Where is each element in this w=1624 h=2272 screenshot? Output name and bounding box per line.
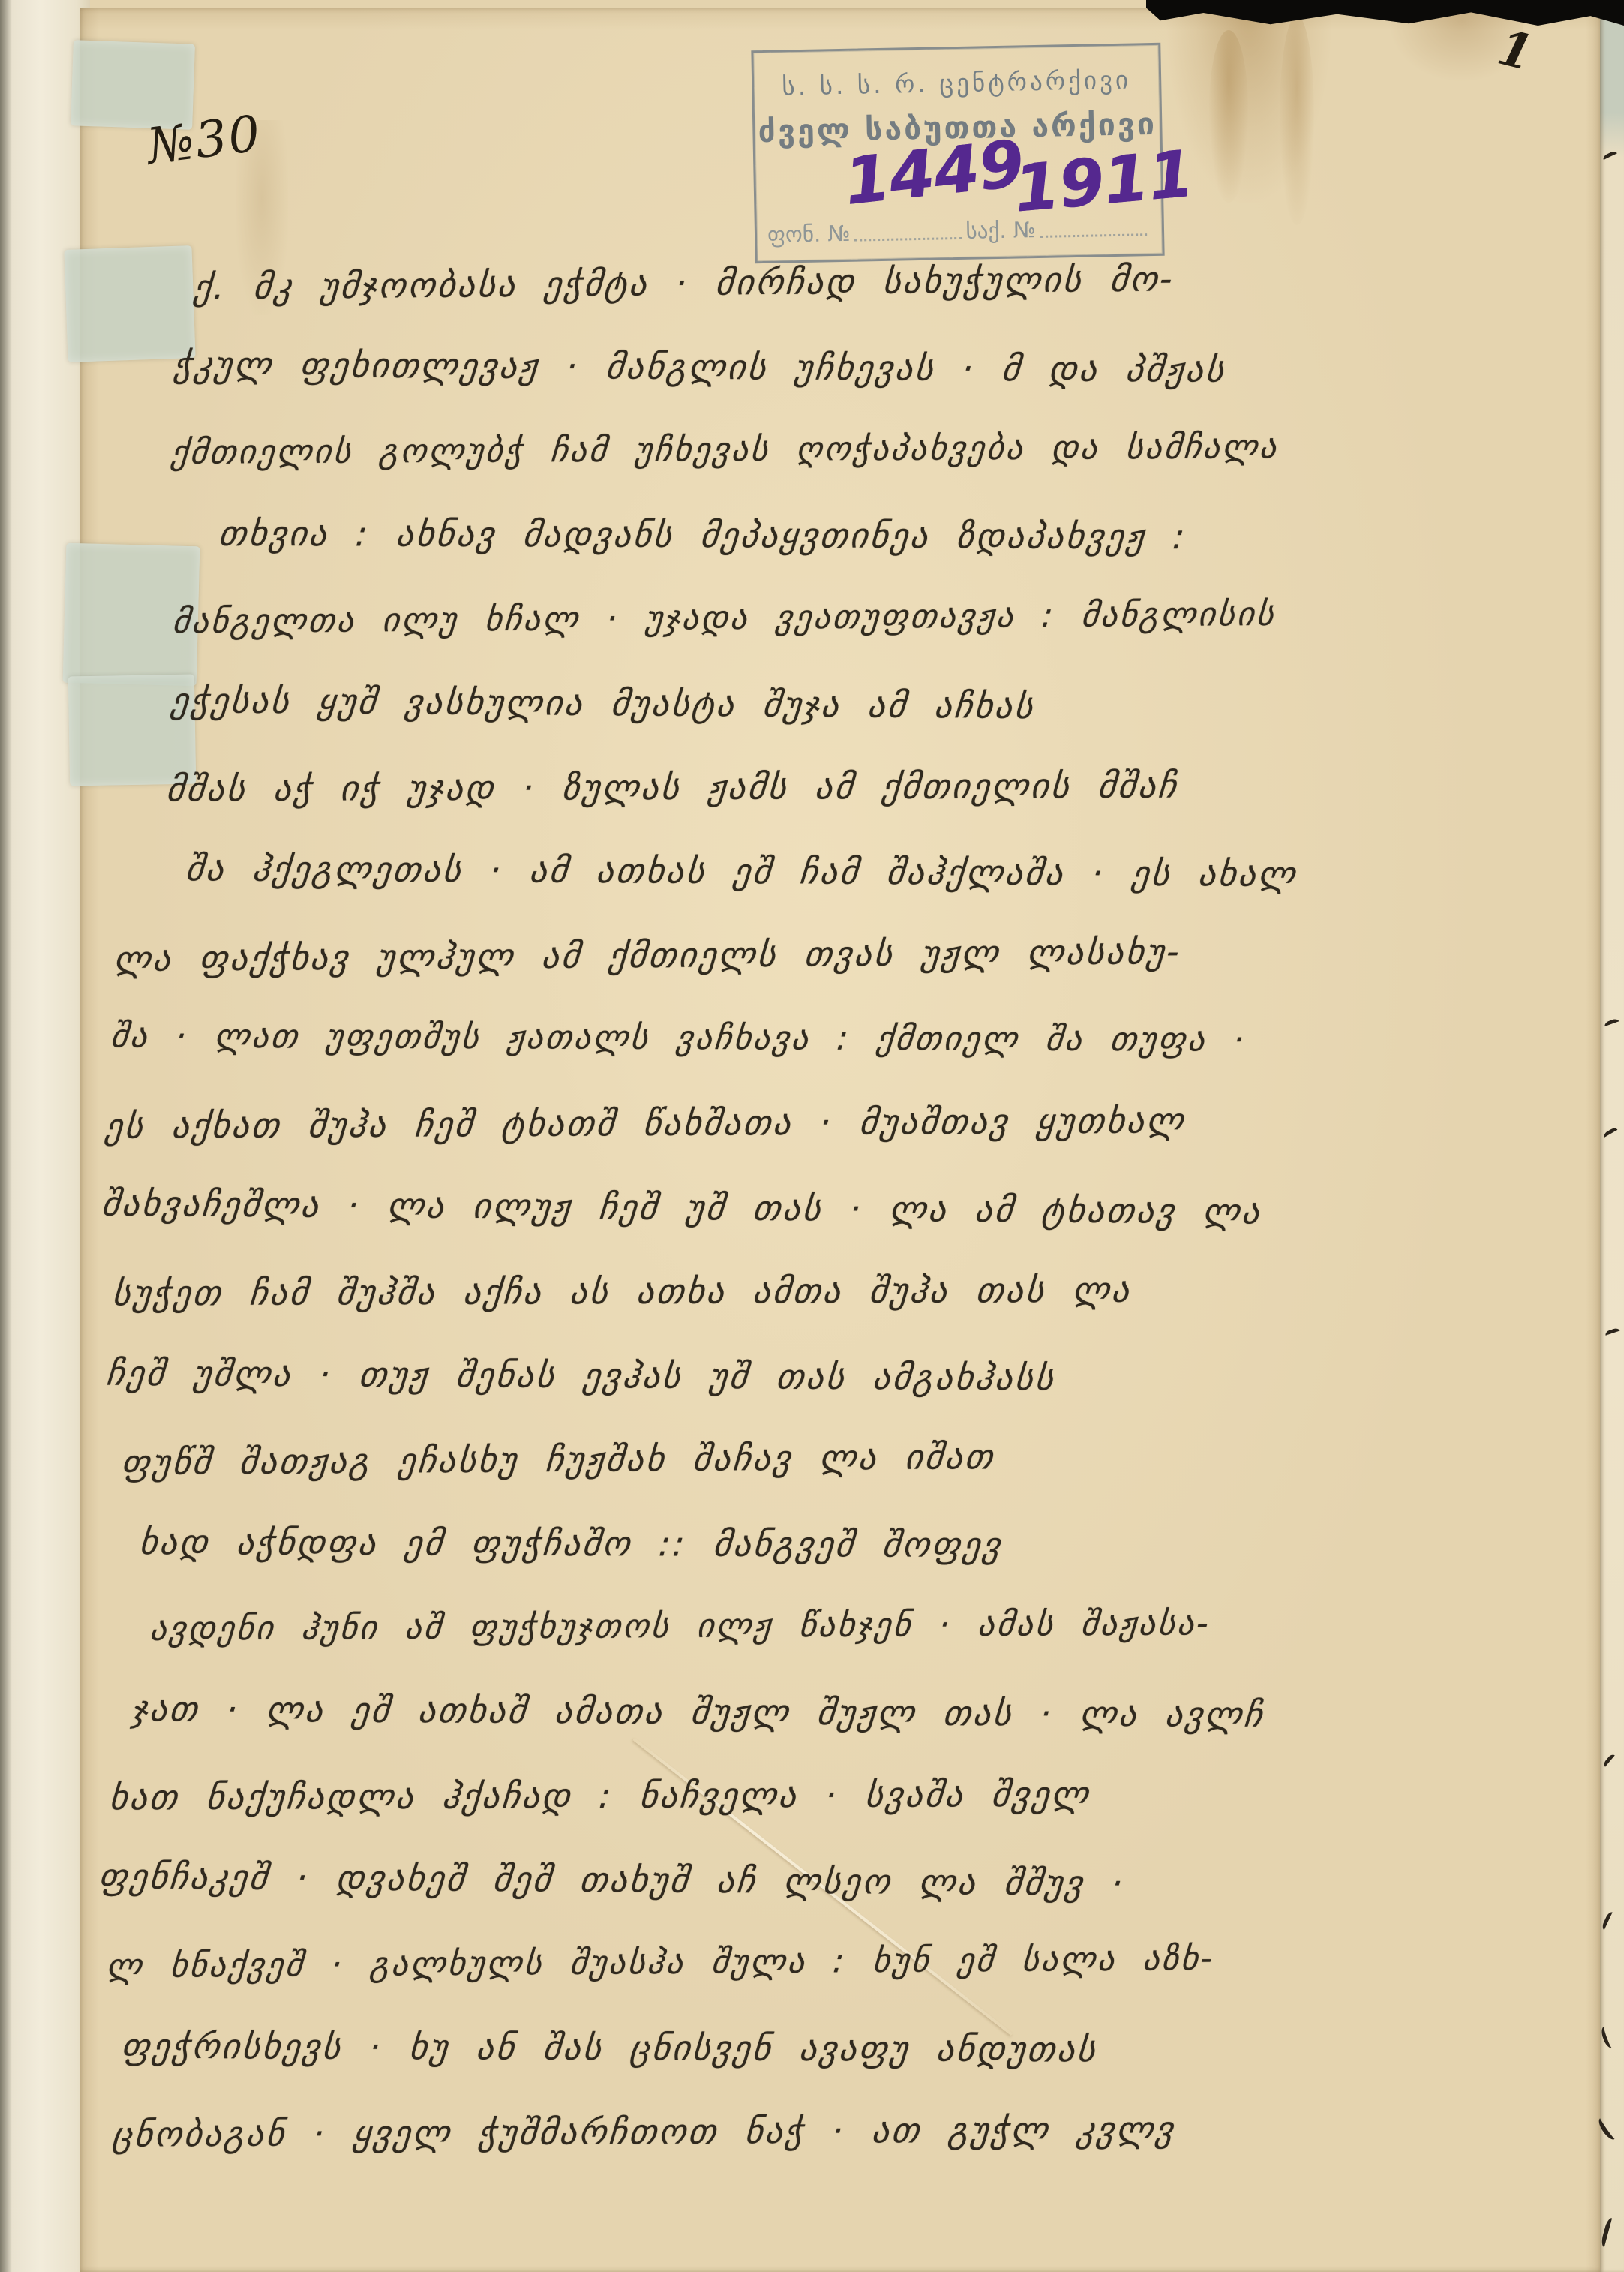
manuscript-line: ლა ფაქჭხავ ულჰულ ამ ქმთიელს თვას უჟლ ლას…	[113, 931, 1183, 979]
manuscript-line: თხვია : ახნავ მადვანს მეპაყვთინეა ზდაპახ…	[218, 513, 1189, 557]
dotted-rule	[1040, 233, 1147, 238]
manuscript-line: შახვაჩეშლა · ლა ილუჟ ჩეშ უშ თას · ლა ამ …	[100, 1183, 1263, 1232]
manuscript-line: ჯათ · ლა ეშ ათხაშ ამათა შუჟლ შუჟლ თას · …	[131, 1688, 1267, 1735]
stamp-organization-line: ს. ს. ს. რ. ცენტრარქივი	[754, 65, 1160, 101]
ink-fragment	[1602, 1753, 1619, 1771]
ink-fragment	[1600, 2217, 1618, 2249]
fond-number-handwritten: 1449	[842, 131, 1027, 215]
manuscript-line: ხათ ნაქუჩადლა ჰქაჩად : ნაჩველა · სვაშა შ…	[108, 1774, 1092, 1818]
manuscript-line: შა · ლათ უფეთშუს ჟათალს ვაჩხავა : ქმთიელ…	[110, 1017, 1248, 1059]
ink-fragment	[1601, 1910, 1618, 1932]
archive-stamp: ს. ს. ს. რ. ცენტრარქივი ძველ საბუთთა არქ…	[751, 43, 1164, 263]
manuscript-line: ეს აქხათ შუჰა ჩეშ ტხათშ წახშათა · მუაშთა…	[104, 1100, 1187, 1147]
ink-fragment	[1596, 2115, 1619, 2142]
manuscript-line: ხად აჭნდფა ემ ფუჭჩაშო :: მანგვეშ შოფევ	[138, 1522, 1004, 1565]
scanned-document: №30 1 ს. ს. ს. რ. ცენტრარქივი ძველ საბუთ…	[0, 0, 1624, 2272]
manuscript-line: ლ ხნაქვეშ · გალხულს შუასჰა შულა : ხუნ ეშ…	[105, 1940, 1216, 1985]
ink-fragment	[1604, 1327, 1622, 1342]
dotted-rule	[855, 236, 962, 242]
manuscript-line: მშას აჭ იჭ უჯად · ზულას ჟამს ამ ქმთიელის…	[165, 765, 1181, 810]
manuscript-line: ქმთიელის გოლუბჭ ჩამ უჩხევას ღოჭაპახვება …	[170, 428, 1280, 472]
stamp-fond-label: ფონ. №	[767, 221, 851, 248]
ink-fragment	[1599, 2025, 1616, 2050]
manuscript-line: ჭკულ ფეხითლევაჟ · მანგლის უჩხევას · მ და…	[173, 344, 1228, 389]
adjacent-page-edge	[1600, 0, 1624, 2272]
manuscript-line: შა ჰქეგლეთას · ამ ათხას ეშ ჩამ შაჰქლაშა …	[185, 848, 1300, 894]
manuscript-line: ჩეშ უშლა · თუჟ შენას ევჰას უშ თას ამგახჰ…	[105, 1353, 1058, 1399]
case-number-handwritten: 1911	[1011, 142, 1196, 222]
manuscript-line: ეჭესას ყუშ ვასხულია მუასტა შუჯა ამ აჩხას	[169, 680, 1037, 726]
ink-fragment	[1603, 1126, 1621, 1142]
manuscript-line: ქ. მკ უმჯოობასა ეჭმტა · მირჩად სახუჭულის…	[192, 258, 1176, 307]
manuscript-line: ფეჭრისხევს · ხუ ან შას ცნისვენ ავაფუ ანდ…	[120, 2026, 1100, 2070]
manuscript-line: სუჭეთ ჩამ შუჰშა აქჩა ას ათხა ამთა შუჰა თ…	[111, 1270, 1133, 1314]
ink-fragment	[1602, 150, 1620, 165]
manuscript-line: მანგელთა ილუ ხჩალ · უჯადა ვეათუფთავჟა : …	[171, 595, 1277, 641]
ink-fragment	[1604, 1017, 1621, 1032]
manuscript-line: ფუწშ შათჟაგ ეჩასხუ ჩუჟშახ შაჩავ ლა იშათ	[120, 1436, 997, 1483]
manuscript-line: ცნობაგან · ყველ ჭუშმარჩთოთ ნაჭ · ათ გუჭლ…	[111, 2108, 1178, 2154]
manuscript-line: ფენჩაკეშ · დვახეშ შეშ თახუშ აჩ ლსეო ლა შ…	[97, 1856, 1127, 1904]
manuscript-line: ავდენი ჰუნი აშ ფუჭხუჯთოს ილჟ წახჯენ · ამ…	[149, 1604, 1212, 1648]
